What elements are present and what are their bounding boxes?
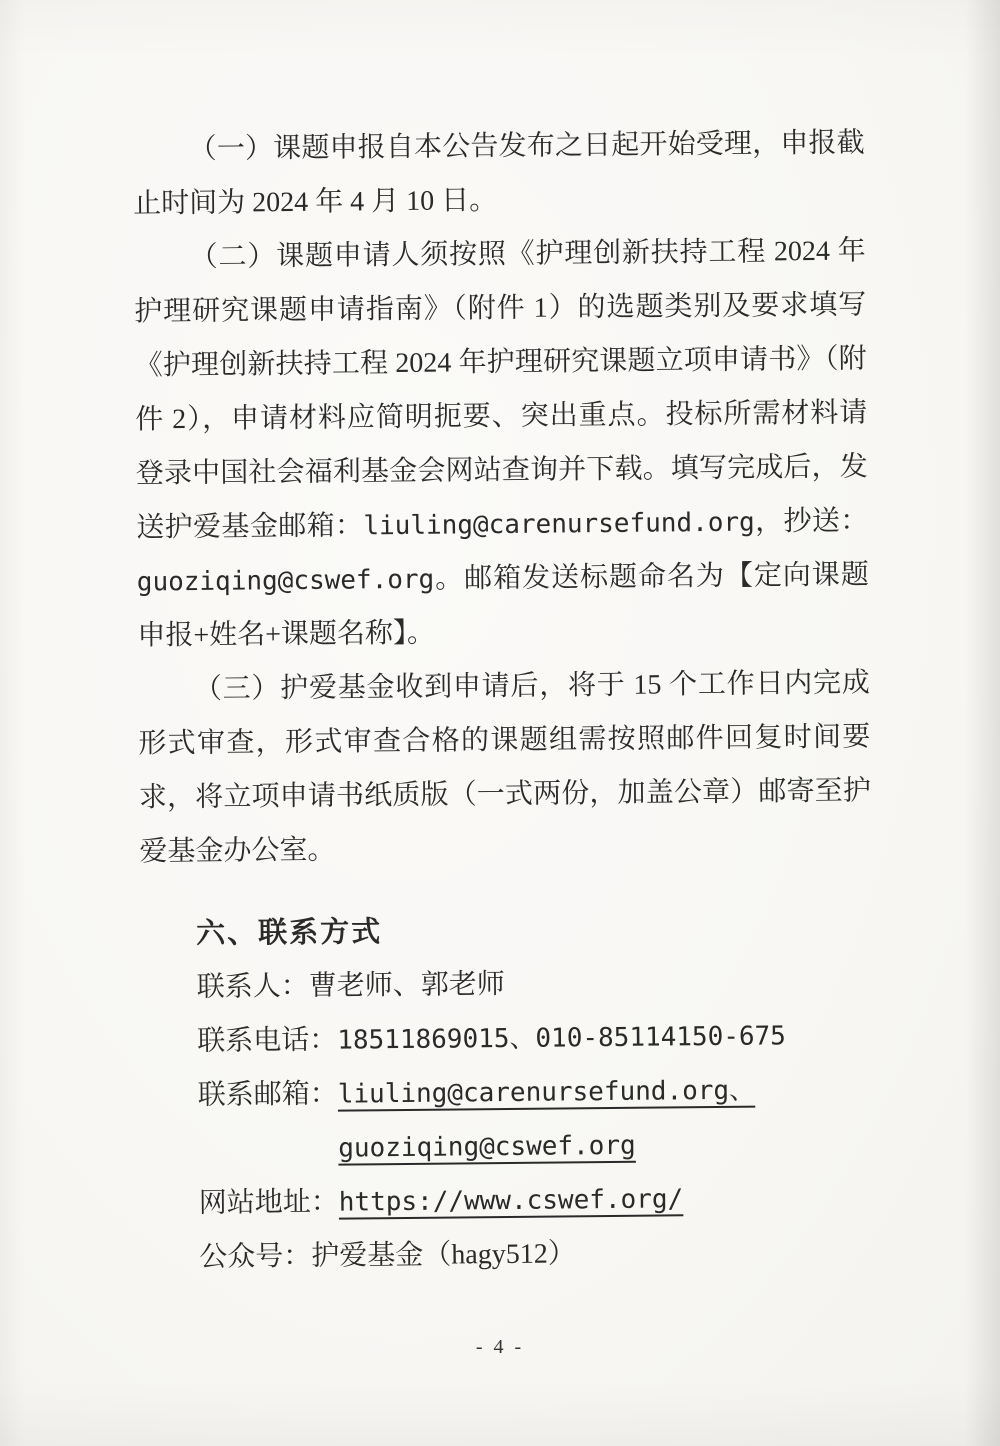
paragraph-text-segment: ，抄送： — [755, 505, 869, 537]
page-number: - 4 - — [0, 1336, 1000, 1359]
email-address-guoziqing: guoziqing@cswef.org — [137, 565, 435, 598]
email-address-liuling: liuling@carenursefund.org — [363, 508, 755, 542]
contact-email-line: 联系邮箱：liuling@carenursefund.org、 guoziqin… — [198, 1062, 875, 1176]
contact-website-label: 网站地址： — [199, 1187, 339, 1219]
contact-email-value-2: guoziqing@cswef.org — [338, 1116, 874, 1175]
contact-wechat-label: 公众号： — [199, 1241, 311, 1273]
contact-wechat-line: 公众号：护爱基金（hagy512） — [199, 1224, 875, 1284]
contact-website-value: https://www.cswef.org/ — [339, 1184, 684, 1217]
paragraph-deadline: （一）课题申报自本公告发布之日起开始受理，申报截止时间为 2024 年 4 月 … — [132, 117, 865, 232]
paragraph-review-process: （三）护爱基金收到申请后，将于 15 个工作日内完成形式审查，形式审查合格的课题… — [138, 656, 872, 879]
contact-person-label: 联系人： — [197, 971, 309, 1003]
contact-email-value-1: liuling@carenursefund.org、 — [338, 1076, 756, 1110]
paragraph-application-requirements: （二）课题申请人须按照《护理创新扶持工程 2024 年护理研究课题申请指南》（附… — [133, 225, 869, 664]
contact-wechat-value: 护爱基金（hagy512） — [311, 1238, 576, 1272]
contact-phone-value: 18511869015、010-85114150-675 — [337, 1021, 786, 1055]
contact-person-line: 联系人：曹老师、郭老师 — [196, 954, 872, 1014]
section-heading-contact-info: 六、联系方式 — [196, 900, 872, 960]
contact-phone-line: 联系电话：18511869015、010-85114150-675 — [197, 1008, 873, 1068]
contact-person-value: 曹老师、郭老师 — [309, 969, 505, 1002]
contact-website-line: 网站地址：https://www.cswef.org/ — [199, 1170, 875, 1230]
contact-email-label: 联系邮箱： — [198, 1079, 338, 1111]
document-body: （一）课题申报自本公告发布之日起开始受理，申报截止时间为 2024 年 4 月 … — [132, 117, 875, 1286]
contact-phone-label: 联系电话： — [197, 1025, 337, 1057]
paragraph-text-segment: （二）课题申请人须按照《护理创新扶持工程 2024 年护理研究课题申请指南》（附… — [134, 236, 868, 544]
